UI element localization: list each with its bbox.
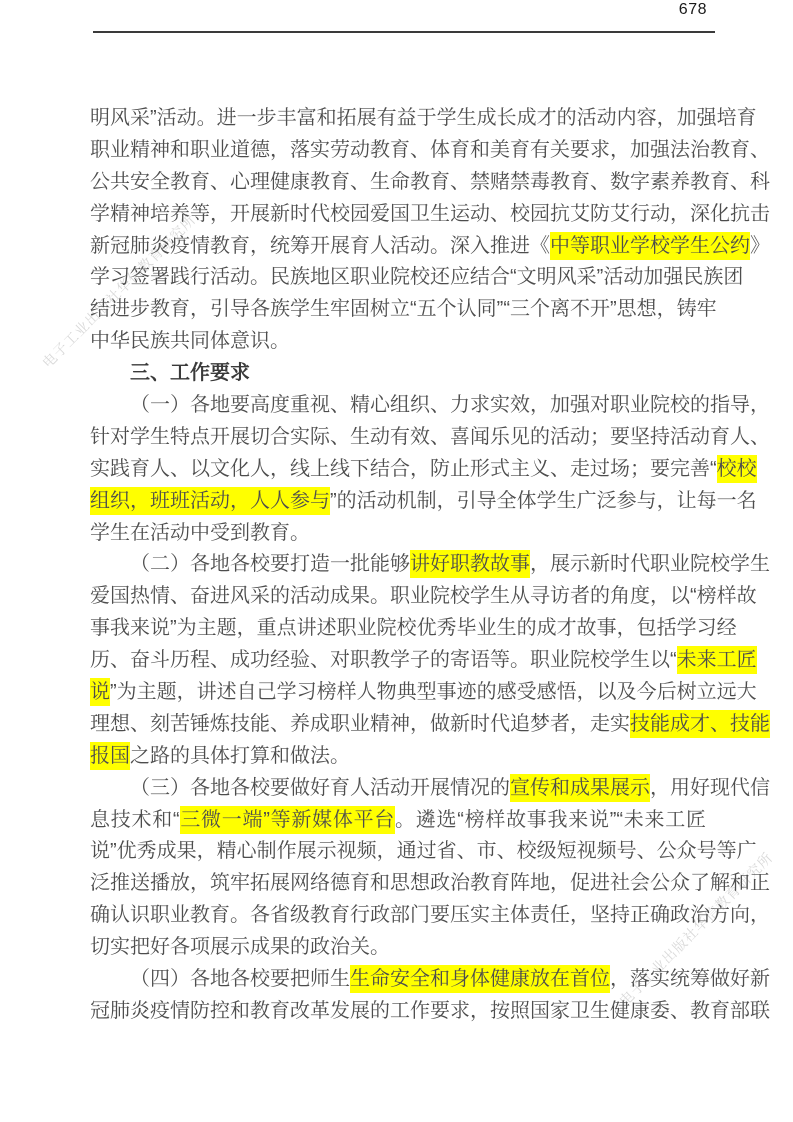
text-segment: 学生在活动中受到教育。 xyxy=(90,522,310,544)
text-line: 历、奋斗历程、成功经验、对职教学子的寄语等。职业院校学生以“未来工匠 xyxy=(90,645,706,677)
text-segment: 针对学生特点开展切合实际、生动有效、喜闻乐见的活动；要坚持活动育人、 xyxy=(90,426,770,448)
text-segment: （三）各地各校要做好育人活动开展情况的 xyxy=(130,777,510,799)
highlighted-text: 组织，班班活动，人人参与 xyxy=(90,487,330,515)
text-line: 新冠肺炎疫情教育，统筹开展育人活动。深入推进《中等职业学校学生公约》 xyxy=(90,231,706,263)
text-segment: 实践育人、以文化人，线上线下结合，防止形式主义、走过场；要完善“ xyxy=(90,458,717,480)
text-segment: 职业精神和职业道德，落实劳动教育、体育和美育有关要求，加强法治教育、 xyxy=(90,139,770,161)
text-segment: 确认识职业教育。各省级教育行政部门要压实主体责任，坚持正确政治方向， xyxy=(90,904,770,926)
text-segment: 结进步教育，引导各族学生牢固树立“五个认同”“三个离不开”思想，铸牢 xyxy=(90,298,717,320)
highlighted-text: 未来工匠 xyxy=(677,646,757,674)
text-line: 理想、刻苦锤炼技能、养成职业精神，做新时代追梦者，走实技能成才、技能 xyxy=(90,709,706,741)
text-line: 针对学生特点开展切合实际、生动有效、喜闻乐见的活动；要坚持活动育人、 xyxy=(90,422,706,454)
highlighted-text: 说 xyxy=(90,678,110,706)
text-segment: 中华民族共同体意识。 xyxy=(90,330,290,352)
text-segment: 明风采”活动。进一步丰富和拓展有益于学生成长成才的活动内容，加强培育 xyxy=(90,107,757,129)
text-segment: 之路的具体打算和做法。 xyxy=(130,745,350,767)
text-line: 确认识职业教育。各省级教育行政部门要压实主体责任，坚持正确政治方向， xyxy=(90,900,706,932)
highlighted-text: 技能成才、技能 xyxy=(630,710,770,738)
text-segment: 冠肺炎疫情防控和教育改革发展的工作要求，按照国家卫生健康委、教育部联 xyxy=(90,1000,770,1022)
document-body: 明风采”活动。进一步丰富和拓展有益于学生成长成才的活动内容，加强培育职业精神和职… xyxy=(90,103,706,1028)
text-segment: 理想、刻苦锤炼技能、养成职业精神，做新时代追梦者，走实 xyxy=(90,713,630,735)
text-line: 组织，班班活动，人人参与”的活动机制，引导全体学生广泛参与，让每一名 xyxy=(90,486,706,518)
text-segment: 说”优秀成果，精心制作展示视频，通过省、市、校级短视频号、公众号等广 xyxy=(90,840,757,862)
text-line: 报国之路的具体打算和做法。 xyxy=(90,741,706,773)
text-segment: （二）各地各校要打造一批能够 xyxy=(130,553,410,575)
text-line: 公共安全教育、心理健康教育、生命教育、禁赌禁毒教育、数字素养教育、科 xyxy=(90,167,706,199)
text-segment: ，展示新时代职业院校学生 xyxy=(530,553,770,575)
highlighted-text: 中等职业学校学生公约 xyxy=(550,232,750,260)
text-line: 事我来说”为主题，重点讲述职业院校优秀毕业生的成才故事，包括学习经 xyxy=(90,613,706,645)
text-segment: ，用好现代信 xyxy=(650,777,770,799)
text-segment: 新冠肺炎疫情教育，统筹开展育人活动。深入推进《 xyxy=(90,235,550,257)
text-segment: ”为主题，讲述自己学习榜样人物典型事迹的感受感悟，以及今后树立远大 xyxy=(110,681,757,703)
highlighted-text: 宣传和成果展示 xyxy=(510,774,650,802)
text-line: 切实把好各项展示成果的政治关。 xyxy=(90,932,706,964)
text-line: 说”优秀成果，精心制作展示视频，通过省、市、校级短视频号、公众号等广 xyxy=(90,836,706,868)
text-line: （四）各地各校要把师生生命安全和身体健康放在首位，落实统筹做好新 xyxy=(90,964,706,996)
text-segment: 三、工作要求 xyxy=(130,362,250,384)
text-segment: （四）各地各校要把师生 xyxy=(130,968,350,990)
page-number: 678 xyxy=(679,1,707,19)
text-segment: 泛推送播放，筑牢拓展网络德育和思想政治教育阵地，促进社会公众了解和正 xyxy=(90,872,770,894)
text-segment: ，落实统筹做好新 xyxy=(610,968,770,990)
header-rule xyxy=(93,31,715,33)
text-line: 明风采”活动。进一步丰富和拓展有益于学生成长成才的活动内容，加强培育 xyxy=(90,103,706,135)
section-heading: 三、工作要求 xyxy=(90,358,706,390)
text-segment: 》 xyxy=(750,235,770,257)
document-page: 678 电子工业出版社华信教育研究所 电子工业出版社华信教育研究所 明风采”活动… xyxy=(0,0,793,1122)
highlighted-text: 报国 xyxy=(90,742,130,770)
text-segment: 学习签署践行活动。民族地区职业院校还应结合“文明风采”活动加强民族团 xyxy=(90,266,743,288)
text-line: 息技术和“三微一端”等新媒体平台。遴选“榜样故事我来说”“未来工匠 xyxy=(90,805,706,837)
text-line: 实践育人、以文化人，线上线下结合，防止形式主义、走过场；要完善“校校 xyxy=(90,454,706,486)
text-line: 冠肺炎疫情防控和教育改革发展的工作要求，按照国家卫生健康委、教育部联 xyxy=(90,996,706,1028)
text-line: 学精神培养等，开展新时代校园爱国卫生运动、校园抗艾防艾行动，深化抗击 xyxy=(90,199,706,231)
text-segment: 。遴选“榜样故事我来说”“未来工匠 xyxy=(395,809,706,831)
text-line: 中华民族共同体意识。 xyxy=(90,326,706,358)
text-segment: 息技术和“ xyxy=(90,809,180,831)
text-segment: ”的活动机制，引导全体学生广泛参与，让每一名 xyxy=(330,490,757,512)
highlighted-text: 讲好职教故事 xyxy=(410,550,530,578)
highlighted-text: 三微一端”等新媒体平台 xyxy=(180,806,395,834)
text-segment: 事我来说”为主题，重点讲述职业院校优秀毕业生的成才故事，包括学习经 xyxy=(90,617,737,639)
text-segment: 历、奋斗历程、成功经验、对职教学子的寄语等。职业院校学生以“ xyxy=(90,649,677,671)
text-line: （二）各地各校要打造一批能够讲好职教故事，展示新时代职业院校学生 xyxy=(90,549,706,581)
text-line: 学生在活动中受到教育。 xyxy=(90,518,706,550)
text-segment: 公共安全教育、心理健康教育、生命教育、禁赌禁毒教育、数字素养教育、科 xyxy=(90,171,770,193)
text-line: （三）各地各校要做好育人活动开展情况的宣传和成果展示，用好现代信 xyxy=(90,773,706,805)
text-line: （一）各地要高度重视、精心组织、力求实效，加强对职业院校的指导， xyxy=(90,390,706,422)
text-line: 学习签署践行活动。民族地区职业院校还应结合“文明风采”活动加强民族团 xyxy=(90,262,706,294)
text-segment: 爱国热情、奋进风采的活动成果。职业院校学生从寻访者的角度，以“榜样故 xyxy=(90,585,757,607)
text-line: 职业精神和职业道德，落实劳动教育、体育和美育有关要求，加强法治教育、 xyxy=(90,135,706,167)
text-line: 爱国热情、奋进风采的活动成果。职业院校学生从寻访者的角度，以“榜样故 xyxy=(90,581,706,613)
text-segment: 切实把好各项展示成果的政治关。 xyxy=(90,936,390,958)
highlighted-text: 生命安全和身体健康放在首位 xyxy=(350,965,610,993)
text-segment: 学精神培养等，开展新时代校园爱国卫生运动、校园抗艾防艾行动，深化抗击 xyxy=(90,203,770,225)
highlighted-text: 校校 xyxy=(717,455,757,483)
text-segment: （一）各地要高度重视、精心组织、力求实效，加强对职业院校的指导， xyxy=(130,394,770,416)
text-line: 说”为主题，讲述自己学习榜样人物典型事迹的感受感悟，以及今后树立远大 xyxy=(90,677,706,709)
text-line: 泛推送播放，筑牢拓展网络德育和思想政治教育阵地，促进社会公众了解和正 xyxy=(90,868,706,900)
text-line: 结进步教育，引导各族学生牢固树立“五个认同”“三个离不开”思想，铸牢 xyxy=(90,294,706,326)
